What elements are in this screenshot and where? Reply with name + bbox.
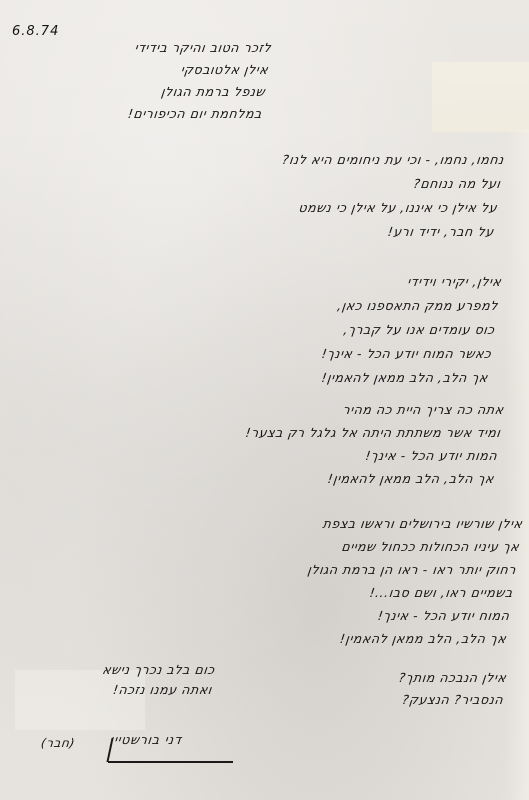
poem-line: ומיד אשר משתתת היתה אל גלגל רק בצער!	[244, 421, 502, 444]
poem-line: כוס עומדים אנו על קברך,	[324, 318, 497, 342]
poem-line: כום בלב נכרך נישא	[101, 660, 216, 680]
poem-line: הנסביר? הנצעק?	[394, 689, 505, 711]
poem-line: המוח יודע הכל - אינך!	[300, 604, 512, 627]
poem-line: אך הלב, הלב ממאן להאמין!	[297, 627, 509, 650]
dedication-line: לזכר הטוב והיקר בידידי	[133, 37, 273, 59]
dedication-line: אילן אלטובסקי	[130, 59, 270, 81]
stanza-2: אילן, יקירי וידידי למפרע ממק התאספנו כאן…	[317, 270, 504, 390]
poem-line: אך הלב, הלב ממאן להאמין!	[317, 366, 490, 390]
stanza-1: נחמו, נחמו, - וכי עת ניחומים היא לנו? וע…	[270, 148, 505, 244]
paper-light-patch	[432, 62, 529, 132]
dedication-block: לזכר הטוב והיקר בידידי אילן אלטובסקי שנפ…	[124, 37, 273, 125]
signature-stroke	[106, 738, 113, 762]
poem-line: המות יודע הכל - אינך!	[241, 444, 499, 467]
poem-line: בשמיים ראו, ושם סבו...!	[303, 581, 515, 604]
poem-line: אילן, יקירי וידידי	[330, 270, 503, 294]
poem-line: ועל מה ננוחם?	[277, 172, 502, 196]
signature-block: (חבר) דני בורשטיין	[35, 730, 235, 770]
poem-line: כאשר המוח יודע הכל - אינך!	[320, 342, 493, 366]
dedication-line: במלחמת יום הכיפורים!	[124, 103, 264, 125]
poem-line: אך עיניו הכחולות ככחול שמיים	[310, 535, 522, 558]
poem-line: אילן הנבכה מותך?	[397, 667, 508, 689]
stanza-5: אילן הנבכה מותך? הנסביר? הנצעק?	[394, 667, 508, 711]
poem-line: רחוק יותר ראו - ראו הן ברמת הגולן	[306, 558, 518, 581]
poem-line: על חבר, ידיד ורע!	[270, 220, 495, 244]
poem-line: אתה כה צריך היית כה מהיר	[247, 398, 505, 421]
stanza-6: כום בלב נכרך נישא ואתה עמנו נזכה!	[98, 660, 216, 700]
stanza-4: אילן שורשיו בירושלים וראשו בצפת אך עיניו…	[297, 512, 525, 650]
dedication-line: שנפל ברמת הגולן	[127, 81, 267, 103]
poem-line: אך הלב, הלב ממאן להאמין!	[238, 467, 496, 490]
letter-date: 6.8.74	[12, 24, 59, 39]
poem-line: ואתה עמנו נזכה!	[98, 680, 213, 700]
poem-line: נחמו, נחמו, - וכי עת ניחומים היא לנו?	[280, 148, 505, 172]
poem-line: אילן שורשיו בירושלים וראשו בצפת	[313, 512, 525, 535]
poem-line: על אילן כי איננו, על אילן כי נשמט	[274, 196, 499, 220]
signature-underline	[108, 761, 233, 763]
signature-role: (חבר)	[40, 736, 76, 750]
signature-name: דני בורשטיין	[109, 732, 183, 747]
stanza-3: אתה כה צריך היית כה מהיר ומיד אשר משתתת …	[238, 398, 506, 490]
poem-line: למפרע ממק התאספנו כאן,	[327, 294, 500, 318]
paper-edge-fade	[505, 130, 529, 800]
